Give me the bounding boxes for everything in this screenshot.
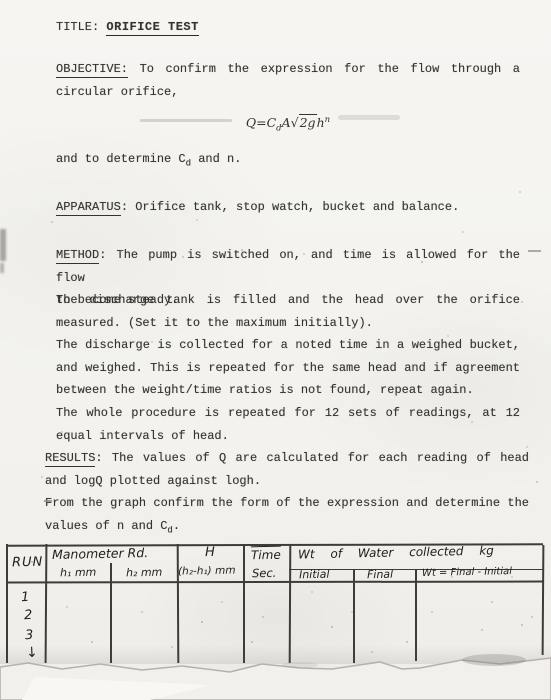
paragraph-determine: and to determine Cd and n. (56, 148, 520, 175)
text-line: and logQ plotted against logh. (45, 470, 529, 493)
formula-radicand: 2g (299, 114, 317, 130)
run-number: 1 (21, 590, 30, 605)
radical-sign: √ (291, 115, 299, 130)
scan-noise-speckles (0, 0, 2, 2)
scanned-document-page: TITLE: ORIFICE TESTOBJECTIVE: To confirm… (0, 0, 551, 700)
text-line: APPARATUS: Orifice tank, stop watch, buc… (56, 196, 520, 219)
final-subheader: Final (367, 568, 393, 582)
scan-edge-mark (0, 263, 4, 273)
text-line: METHOD: The pump is switched on, and tim… (56, 244, 520, 289)
scan-stray-mark (44, 500, 52, 502)
paragraph-collected: The discharge is collected for a noted t… (56, 334, 520, 402)
h2-subheader: h₂ mm (126, 566, 163, 580)
initial-subheader: Initial (299, 568, 330, 582)
text-line: measured. (Set it to the maximum initial… (56, 312, 520, 335)
paragraph-objective: OBJECTIVE: To confirm the expression for… (56, 58, 520, 103)
formula-base: h (317, 115, 325, 130)
run-column-header: RUN (12, 555, 44, 571)
text-line: OBJECTIVE: To confirm the expression for… (56, 58, 520, 81)
run-number: 2 (24, 608, 33, 623)
torn-page-edge (0, 653, 551, 700)
paragraph-apparatus: APPARATUS: Orifice tank, stop watch, buc… (56, 196, 520, 219)
table-header-bottom-border (6, 581, 543, 584)
text-line: circular orifice, (56, 81, 520, 104)
formula-exponent: n (325, 115, 330, 125)
formula-coefficient: A (282, 115, 291, 130)
text-line: and to determine Cd and n. (56, 148, 520, 175)
scan-stray-mark (528, 250, 541, 252)
manometer-header: Manometer Rd. (52, 545, 148, 562)
text-line: The whole procedure is repeated for 12 s… (56, 402, 520, 425)
paragraph-procedure: The whole procedure is repeated for 12 s… (56, 402, 520, 447)
time-column-header: Time (251, 546, 281, 563)
time-unit-subheader: Sec. (252, 566, 277, 581)
scan-smudge (140, 119, 232, 122)
text-line: values of n and Cd. (45, 515, 529, 542)
formula-lhs: Q=C (246, 115, 276, 130)
text-line: equal intervals of head. (56, 425, 520, 448)
run-number: 3 (25, 628, 34, 643)
text-line: TITLE: ORIFICE TEST (56, 16, 520, 39)
text-line: The discharge tank is filled and the hea… (56, 289, 520, 312)
paragraph-title: TITLE: ORIFICE TEST (56, 16, 520, 39)
text-line: From the graph confirm the form of the e… (45, 492, 529, 515)
text-line: between the weight/time ratios is not fo… (56, 379, 520, 402)
flow-formula: Q=CdA√2ghn (56, 109, 520, 140)
head-formula-subheader: (h₂-h₁) mm (178, 564, 236, 577)
head-column-header: H (205, 545, 215, 560)
paragraph-results: RESULTS: The values of Q are calculated … (45, 447, 529, 541)
weight-formula-subheader: Wt = Final - Initial (422, 566, 512, 579)
scan-edge-mark (0, 229, 6, 261)
h1-subheader: h₁ mm (60, 566, 97, 580)
table-right-border (542, 545, 544, 655)
text-line: and weighed. This is repeated for the sa… (56, 357, 520, 380)
text-line: The discharge is collected for a noted t… (56, 334, 520, 357)
paragraph-tank: The discharge tank is filled and the hea… (56, 289, 520, 334)
scan-smudge (338, 115, 400, 120)
text-line: RESULTS: The values of Q are calculated … (45, 447, 529, 470)
